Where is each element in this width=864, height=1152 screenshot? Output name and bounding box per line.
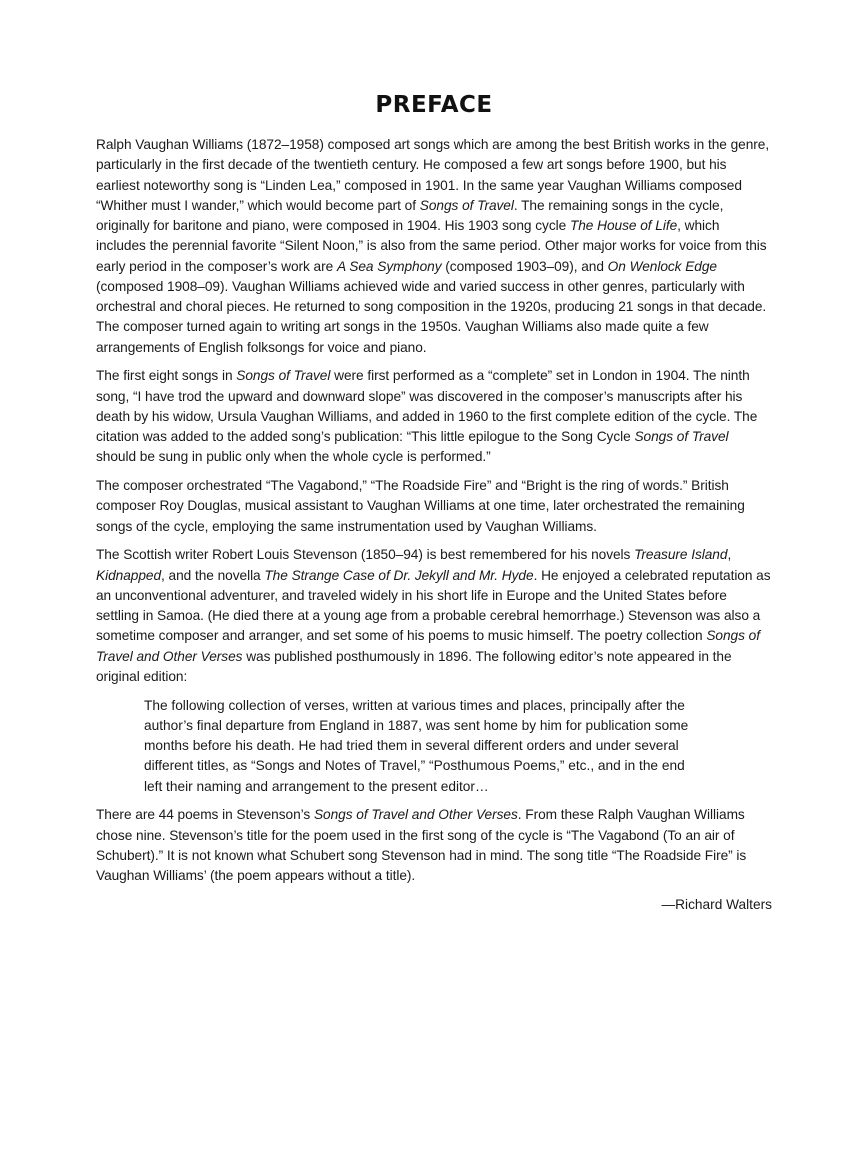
italic-title: On Wenlock Edge xyxy=(608,259,717,274)
text-run: The first eight songs in xyxy=(96,368,236,383)
paragraph-first-performance: The first eight songs in Songs of Travel… xyxy=(96,366,772,467)
paragraph-orchestration: The composer orchestrated “The Vagabond,… xyxy=(96,476,772,537)
italic-title: Songs of Travel xyxy=(420,198,514,213)
paragraph-closing: There are 44 poems in Stevenson’s Songs … xyxy=(96,805,772,886)
text-run: should be sung in public only when the w… xyxy=(96,449,491,464)
italic-title: The House of Life xyxy=(570,218,677,233)
text-run: The composer orchestrated “The Vagabond,… xyxy=(96,478,745,534)
italic-title: Songs of Travel xyxy=(236,368,330,383)
page-title: PREFACE xyxy=(96,92,772,118)
italic-title: Treasure Island xyxy=(634,547,727,562)
italic-title: The Strange Case of Dr. Jekyll and Mr. H… xyxy=(264,568,533,583)
paragraph-stevenson: The Scottish writer Robert Louis Stevens… xyxy=(96,545,772,687)
italic-title: Kidnapped xyxy=(96,568,161,583)
block-quote-editor-note: The following collection of verses, writ… xyxy=(144,696,704,797)
preface-page: PREFACE Ralph Vaughan Williams (1872–195… xyxy=(96,92,772,915)
author-signature: —Richard Walters xyxy=(96,895,772,915)
text-run: (composed 1908–09). Vaughan Williams ach… xyxy=(96,279,766,355)
paragraph-intro: Ralph Vaughan Williams (1872–1958) compo… xyxy=(96,135,772,358)
text-run: There are 44 poems in Stevenson’s xyxy=(96,807,314,822)
text-run: , xyxy=(727,547,731,562)
text-run: , and the novella xyxy=(161,568,264,583)
text-run: (composed 1903–09), and xyxy=(442,259,608,274)
italic-title: A Sea Symphony xyxy=(337,259,442,274)
text-run: The Scottish writer Robert Louis Stevens… xyxy=(96,547,634,562)
italic-title: Songs of Travel xyxy=(634,429,728,444)
text-run: The following collection of verses, writ… xyxy=(144,698,688,794)
italic-title: Songs of Travel and Other Verses xyxy=(314,807,518,822)
